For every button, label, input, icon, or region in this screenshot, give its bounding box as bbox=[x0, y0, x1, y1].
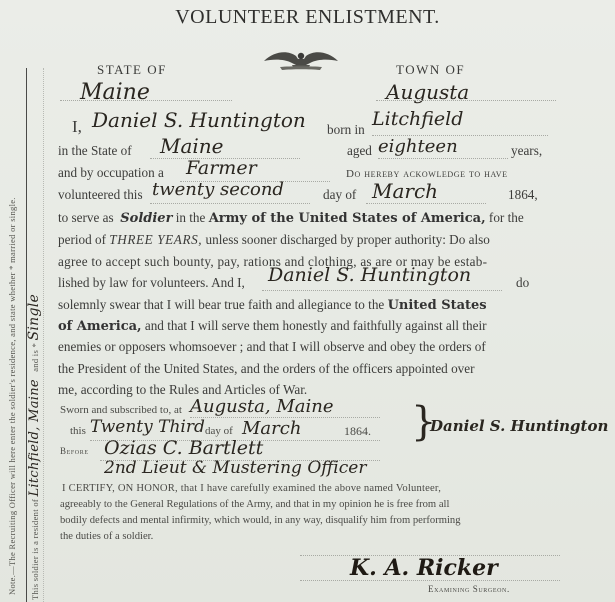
serve-prefix: to serve as bbox=[58, 210, 114, 225]
period-value: THREE YEARS, bbox=[109, 232, 202, 247]
day-of-label: day of bbox=[323, 187, 356, 203]
volunteered-day-value: twenty second bbox=[152, 179, 284, 200]
of-america-text: of America, bbox=[58, 319, 142, 334]
occupation-label: and by occupation a bbox=[58, 165, 164, 181]
aged-label: aged bbox=[347, 143, 372, 159]
month-value: March bbox=[372, 179, 438, 203]
i-prefix: I, bbox=[72, 117, 82, 137]
oath-name-field bbox=[262, 290, 502, 291]
resident-value: Litchfield, Maine bbox=[27, 379, 42, 496]
sworn-month-value: March bbox=[242, 418, 301, 439]
volunteered-label: volunteered this bbox=[58, 187, 143, 203]
solemnly-text: solemnly swear that I will bear true fai… bbox=[58, 297, 384, 312]
sworn-day-of-label: day of bbox=[205, 425, 233, 437]
born-in-label: born in bbox=[327, 122, 365, 138]
year-suffix: , bbox=[534, 187, 537, 202]
volunteer-name: Daniel S. Huntington bbox=[92, 108, 306, 132]
serve-them-text: and that I will serve them honestly and … bbox=[145, 318, 487, 333]
town-field bbox=[376, 100, 556, 101]
marital-status-value: Single bbox=[26, 294, 42, 341]
examining-surgeon-label: Examining Surgeon. bbox=[428, 584, 510, 594]
age-field bbox=[378, 158, 508, 159]
this-label: this bbox=[70, 425, 86, 437]
enlistment-document: VOLUNTEER ENLISTMENT. Note.—The Recruiti… bbox=[0, 0, 615, 602]
sworn-year-value: 1864. bbox=[344, 424, 371, 439]
period-line: period of THREE YEARS, unless sooner dis… bbox=[58, 232, 490, 248]
year-text: 1864 bbox=[508, 187, 534, 202]
margin-note-upper: Note.—The Recruiting Officer will here e… bbox=[7, 55, 17, 595]
america-line: of America, and that I will serve them h… bbox=[58, 318, 487, 334]
enemies-line: enemies or opposers whomsoever ; and tha… bbox=[58, 339, 486, 355]
oath-name-value: Daniel S. Huntington bbox=[268, 264, 471, 286]
sworn-place-value: Augusta, Maine bbox=[190, 396, 334, 417]
serve-line: to serve as Soldier in the Army of the U… bbox=[58, 210, 524, 226]
surgeon-field bbox=[300, 580, 560, 581]
president-line: the President of the United States, and … bbox=[58, 361, 475, 377]
certificate-line-1: I CERTIFY, ON HONOR, that I have careful… bbox=[62, 483, 441, 494]
eagle-emblem-icon bbox=[260, 47, 342, 73]
lished-line: lished by law for volunteers. And I, bbox=[58, 275, 245, 291]
certificate-line-4: the duties of a soldier. bbox=[60, 531, 153, 542]
age-value: eighteen bbox=[378, 136, 458, 157]
serve-in: in the bbox=[176, 210, 206, 225]
certificate-line-2: agreeably to the General Regulations of … bbox=[60, 499, 449, 510]
period-prefix: period of bbox=[58, 232, 106, 247]
resident-prefix: This soldier is a resident of bbox=[30, 499, 40, 600]
solemnly-line: solemnly swear that I will bear true fai… bbox=[58, 297, 487, 313]
before-label: Before bbox=[60, 446, 89, 456]
for-the: for the bbox=[489, 210, 524, 225]
town-of-label: TOWN OF bbox=[396, 62, 465, 78]
period-rest: unless sooner discharged by proper autho… bbox=[206, 232, 490, 247]
document-title: VOLUNTEER ENLISTMENT. bbox=[0, 6, 615, 29]
margin-dotted-rule bbox=[43, 68, 44, 602]
officer-title-value: 2nd Lieut & Mustering Officer bbox=[104, 458, 366, 478]
soldier-signature: Daniel S. Huntington bbox=[430, 417, 608, 435]
years-label: years, bbox=[511, 143, 542, 159]
officer-name-value: Ozias C. Bartlett bbox=[104, 437, 263, 459]
oath-do: do bbox=[516, 275, 529, 291]
state-of-birth-label: in the State of bbox=[58, 143, 132, 159]
and-is-label: and is * bbox=[30, 343, 40, 372]
state-field bbox=[60, 100, 232, 101]
margin-note-text: Note.—The Recruiting Officer will here e… bbox=[7, 197, 17, 595]
year-value: 1864, bbox=[508, 187, 538, 203]
serve-role: Soldier bbox=[120, 211, 172, 226]
surgeon-signature: K. A. Ricker bbox=[350, 555, 498, 581]
state-of-label: STATE OF bbox=[97, 62, 167, 78]
army-text: Army of the United States of America, bbox=[209, 211, 486, 226]
birthplace-value: Litchfield bbox=[372, 108, 463, 130]
margin-note-lower: This soldier is a resident of Litchfield… bbox=[26, 60, 42, 600]
state-of-birth-value: Maine bbox=[160, 134, 224, 158]
certificate-line-3: bodily defects and mental infirmity, whi… bbox=[60, 515, 461, 526]
month-field bbox=[366, 203, 486, 204]
sworn-label: Sworn and subscribed to, at bbox=[60, 404, 182, 416]
state-value: Maine bbox=[80, 80, 150, 105]
sworn-day-value: Twenty Third bbox=[90, 417, 205, 437]
volunteered-day-field bbox=[150, 203, 310, 204]
united-states-text: United States bbox=[388, 298, 487, 313]
occupation-value: Farmer bbox=[186, 157, 257, 179]
